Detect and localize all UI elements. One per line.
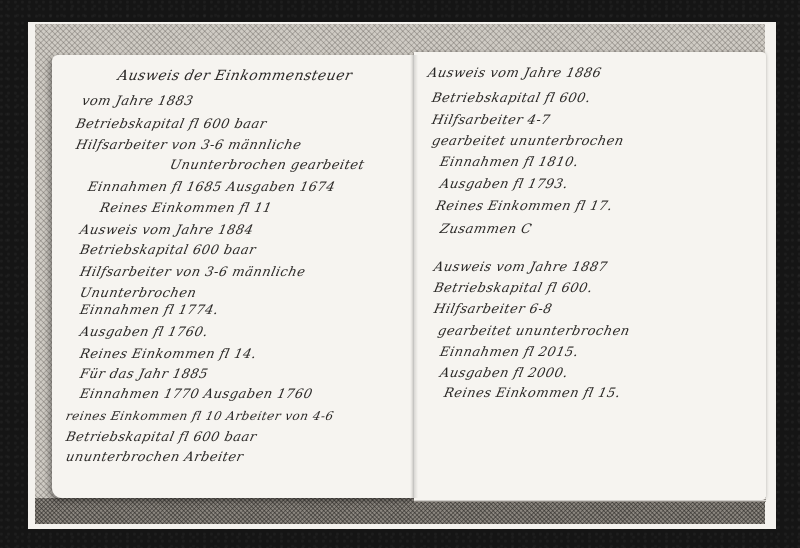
handwritten-line: Ausweis vom Jahre 1887 xyxy=(432,260,609,275)
handwritten-line: Zusammen C xyxy=(438,222,533,237)
handwritten-line: gearbeitet ununterbrochen xyxy=(436,324,631,339)
handwritten-line: Hilfsarbeiter von 3-6 männliche xyxy=(78,265,306,280)
handwritten-line: Einnahmen 1770 Ausgaben 1760 xyxy=(78,387,314,402)
handwritten-line: Einnahmen fl 1685 Ausgaben 1674 xyxy=(86,180,336,195)
handwritten-line: Betriebskapital fl 600 baar xyxy=(74,117,268,132)
handwritten-line: Hilfsarbeiter 6-8 xyxy=(432,302,553,317)
handwritten-line: Betriebskapital fl 600. xyxy=(430,91,592,106)
handwritten-line: Für das Jahr 1885 xyxy=(78,367,209,382)
handwritten-line: Betriebskapital fl 600. xyxy=(432,281,594,296)
handwritten-line: vom Jahre 1883 xyxy=(80,94,194,109)
handwritten-line: Hilfsarbeiter von 3-6 männliche xyxy=(74,138,302,153)
handwritten-line: Reines Einkommen fl 11 xyxy=(98,201,273,216)
handwritten-line: Ununterbrochen xyxy=(78,286,197,301)
handwritten-line: Ausweis der Einkommensteuer xyxy=(116,68,354,84)
handwritten-line: ununterbrochen Arbeiter xyxy=(64,450,244,465)
handwritten-line: Reines Einkommen fl 15. xyxy=(442,386,622,401)
handwritten-line: gearbeitet ununterbrochen xyxy=(430,134,625,149)
book-gutter xyxy=(410,55,418,498)
handwritten-line: Einnahmen fl 1810. xyxy=(438,155,580,170)
handwritten-line: Ausgaben fl 1760. xyxy=(78,325,209,340)
handwritten-line: Ausgaben fl 1793. xyxy=(438,177,569,192)
handwritten-line: Ausgaben fl 2000. xyxy=(438,366,569,381)
handwritten-line: Betriebskapital fl 600 baar xyxy=(64,430,258,445)
handwritten-line: reines Einkommen fl 10 Arbeiter von 4-6 xyxy=(65,409,336,423)
handwritten-line: Ausweis vom Jahre 1884 xyxy=(78,223,255,238)
handwritten-line: Ununterbrochen gearbeitet xyxy=(168,158,365,173)
handwritten-line: Betriebskapital 600 baar xyxy=(78,243,257,258)
handwritten-line: Einnahmen fl 1774. xyxy=(78,303,220,318)
handwritten-line: Reines Einkommen fl 17. xyxy=(434,199,614,214)
handwritten-line: Einnahmen fl 2015. xyxy=(438,345,580,360)
handwritten-line: Reines Einkommen fl 14. xyxy=(78,347,258,362)
handwritten-line: Hilfsarbeiter 4-7 xyxy=(430,113,551,128)
handwritten-line: Ausweis vom Jahre 1886 xyxy=(426,66,603,81)
